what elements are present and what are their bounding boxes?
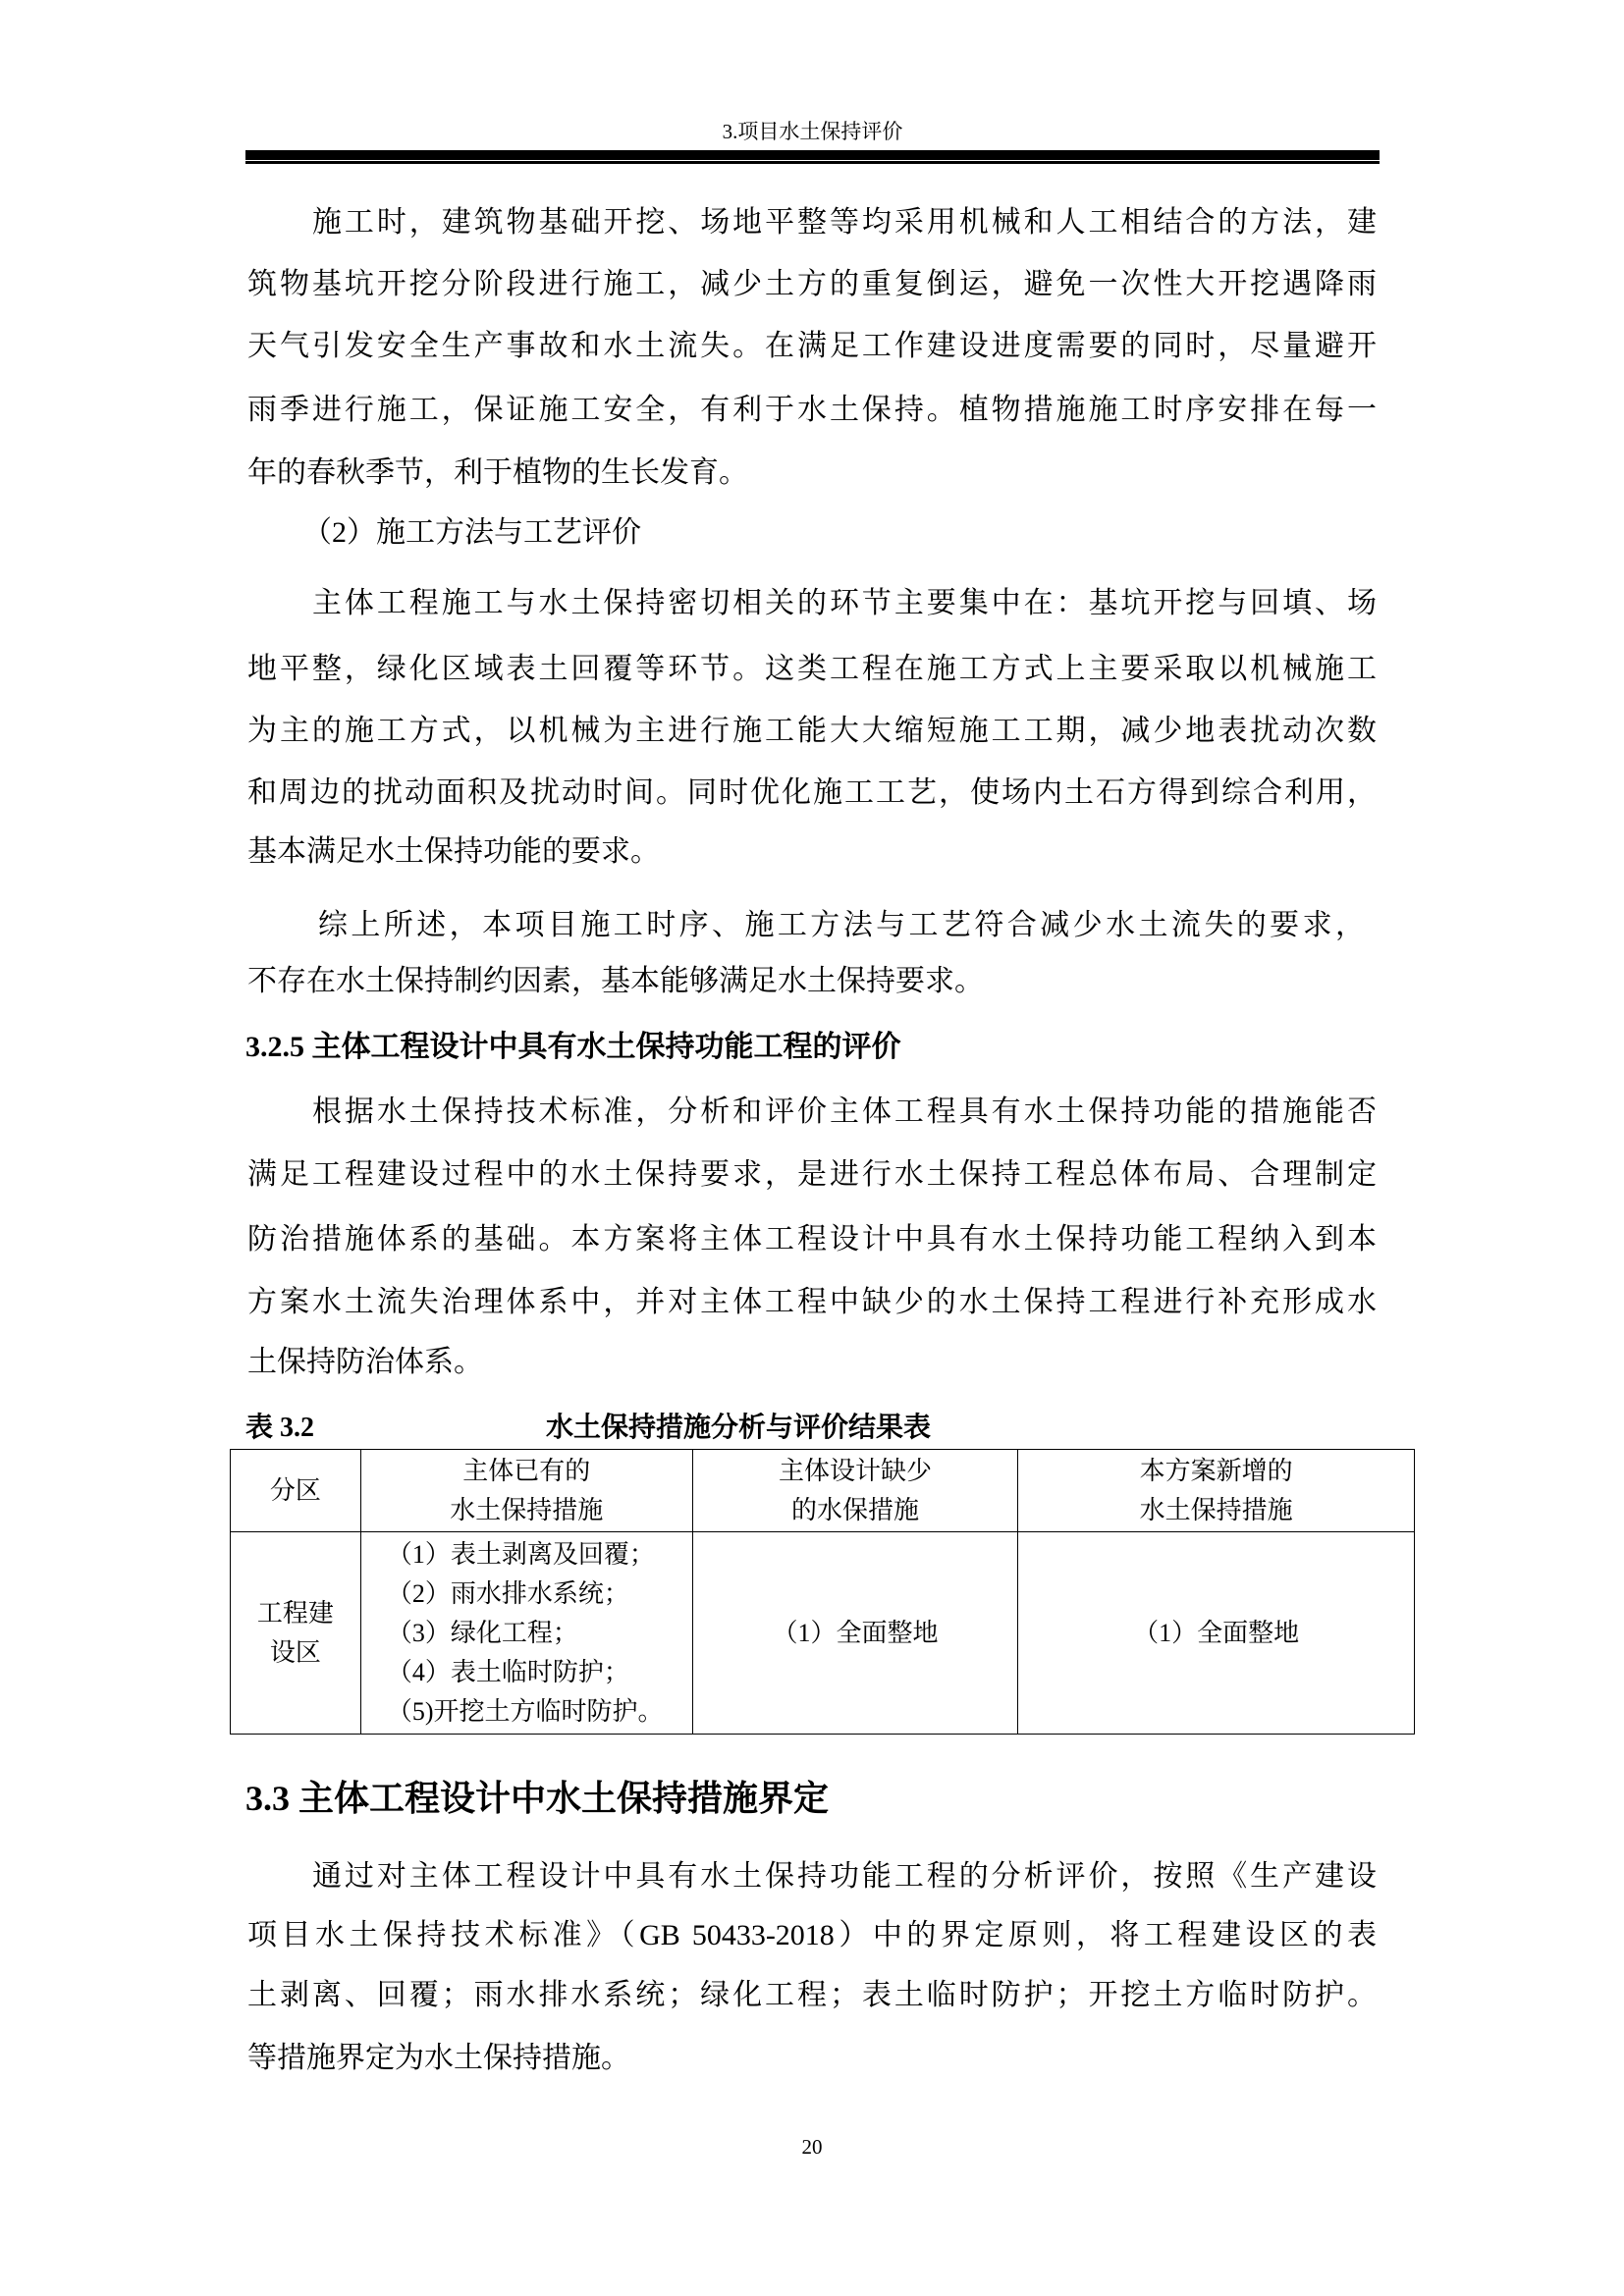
paragraph-line: 防治措施体系的基础。本方案将主体工程设计中具有水土保持功能工程纳入到本: [247, 1220, 1377, 1259]
paragraph-line: 和周边的扰动面积及扰动时间。同时优化施工工艺，使场内土石方得到综合利用，: [247, 774, 1377, 813]
table-header-row: 分区 主体已有的水土保持措施 主体设计缺少的水保措施 本方案新增的水土保持措施: [231, 1450, 1415, 1532]
table-caption: 水土保持措施分析与评价结果表: [546, 1409, 931, 1448]
list-item: （2）雨水排水系统；: [387, 1575, 692, 1614]
list-item: （3）绿化工程；: [387, 1614, 692, 1653]
zone-cell: 工程建设区: [231, 1532, 361, 1735]
table-row: 工程建设区 （1）表土剥离及回覆； （2）雨水排水系统； （3）绿化工程； （4…: [231, 1532, 1415, 1735]
paragraph-line: 等措施界定为水土保持措施。: [247, 2039, 1377, 2078]
existing-measures-cell: （1）表土剥离及回覆； （2）雨水排水系统； （3）绿化工程； （4）表土临时防…: [360, 1532, 692, 1735]
paragraph-line: 土保持防治体系。: [247, 1343, 1377, 1382]
list-item: （5)开挖土方临时防护。: [387, 1692, 692, 1732]
header-cell-zone: 分区: [231, 1450, 361, 1532]
paragraph-line: 方案水土流失治理体系中，并对主体工程中缺少的水土保持工程进行补充形成水: [247, 1283, 1377, 1322]
paragraph-line: 雨季进行施工，保证施工安全，有利于水土保持。植物措施施工时序安排在每一: [247, 391, 1377, 430]
paragraph-line: 年的春秋季节，利于植物的生长发育。: [247, 454, 1377, 493]
paragraph-line: 基本满足水土保持功能的要求。: [247, 832, 1377, 872]
paragraph-line: 主体工程施工与水土保持密切相关的环节主要集中在：基坑开挖与回填、场: [312, 584, 1377, 623]
paragraph-line: 满足工程建设过程中的水土保持要求，是进行水土保持工程总体布局、合理制定: [247, 1155, 1377, 1195]
subheading: （2）施工方法与工艺评价: [302, 513, 1369, 553]
paragraph-line: 项目水土保持技术标准》（GB 50433-2018）中的界定原则，将工程建设区的…: [247, 1916, 1377, 1955]
paragraph-line: 根据水土保持技术标准，分析和评价主体工程具有水土保持功能的措施能否: [312, 1093, 1377, 1132]
paragraph-line: 筑物基坑开挖分阶段进行施工，减少土方的重复倒运，避免一次性大开挖遇降雨: [247, 265, 1377, 304]
paragraph-line: 地平整，绿化区域表土回覆等环节。这类工程在施工方式上主要采取以机械施工: [247, 650, 1377, 689]
running-header: 3.项目水土保持评价: [245, 120, 1380, 143]
paragraph-line: 不存在水土保持制约因素，基本能够满足水土保持要求。: [247, 962, 1377, 1001]
section-heading-3-3: 3.3 主体工程设计中水土保持措施界定: [245, 1776, 829, 1821]
header-rule-thick: [245, 150, 1380, 160]
list-item: （1）表土剥离及回覆；: [387, 1535, 692, 1575]
paragraph-line: 施工时，建筑物基础开挖、场地平整等均采用机械和人工相结合的方法，建: [312, 203, 1377, 242]
table-number: 表 3.2: [245, 1409, 314, 1448]
paragraph-line: 通过对主体工程设计中具有水土保持功能工程的分析评价，按照《生产建设: [312, 1857, 1377, 1896]
header-cell-existing: 主体已有的水土保持措施: [360, 1450, 692, 1532]
paragraph-line: 土剥离、回覆；雨水排水系统；绿化工程；表土临时防护；开挖土方临时防护。: [247, 1976, 1377, 2015]
missing-measures-cell: （1）全面整地: [692, 1532, 1018, 1735]
header-cell-missing: 主体设计缺少的水保措施: [692, 1450, 1018, 1532]
paragraph-line: 综上所述，本项目施工时序、施工方法与工艺符合减少水土流失的要求，: [318, 906, 1365, 945]
measures-table: 分区 主体已有的水土保持措施 主体设计缺少的水保措施 本方案新增的水土保持措施 …: [230, 1449, 1415, 1735]
page-number: 20: [0, 2134, 1624, 2160]
header-rule-thin: [245, 161, 1380, 164]
section-heading-3-2-5: 3.2.5 主体工程设计中具有水土保持功能工程的评价: [245, 1028, 901, 1067]
list-item: （4）表土临时防护；: [387, 1653, 692, 1692]
added-measures-cell: （1）全面整地: [1018, 1532, 1415, 1735]
paragraph-line: 天气引发安全生产事故和水土流失。在满足工作建设进度需要的同时，尽量避开: [247, 327, 1377, 366]
header-cell-added: 本方案新增的水土保持措施: [1018, 1450, 1415, 1532]
paragraph-line: 为主的施工方式，以机械为主进行施工能大大缩短施工工期，减少地表扰动次数: [247, 712, 1377, 751]
